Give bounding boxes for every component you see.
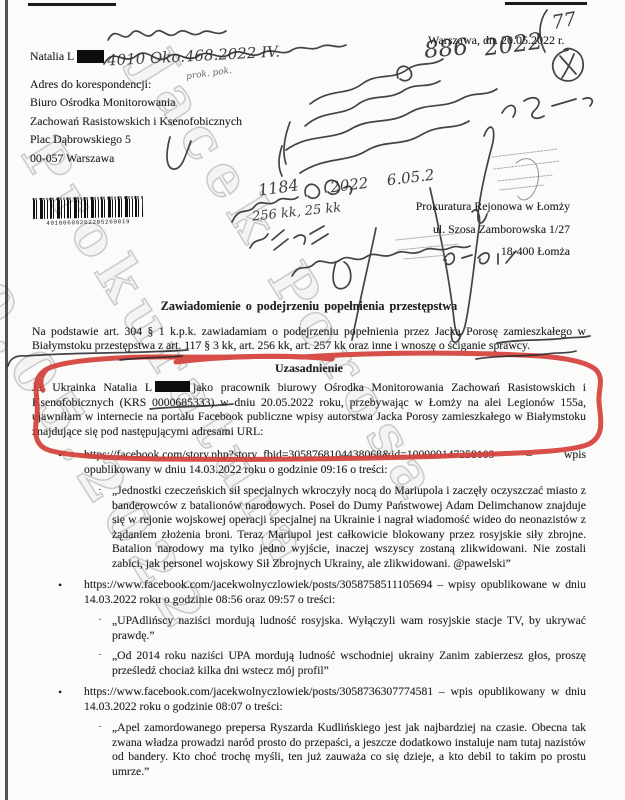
quote-text: „UPAdlińscy naziści mordują ludność rosy… <box>112 614 586 642</box>
scan-top-mark-right <box>505 2 587 5</box>
scribble-signature-loop <box>333 262 351 289</box>
bullet-item-2: • https://www.facebook.com/jacekwolnyczl… <box>32 578 586 678</box>
bullet2-quote-2: · „Od 2014 roku naziści UPA mordują ludn… <box>84 649 586 678</box>
sub-bullet-icon: · <box>98 613 102 628</box>
scribble-prb <box>502 98 592 119</box>
scribble-circled-mark <box>553 49 583 81</box>
handwritten-number-886: 886 <box>423 34 469 64</box>
bullet-icon: • <box>58 448 62 463</box>
bullet1-url-lead: https://facebook.com/story.php?story_fbi… <box>84 448 586 477</box>
justification-pre: Ja, Ukrainka Natalia L <box>32 381 152 394</box>
bullet-icon: • <box>58 685 62 700</box>
scan-left-edge <box>5 0 8 800</box>
document-title: Zawiadomienie o podejrzeniu popełnienia … <box>32 299 586 314</box>
quote-text: „Apel zamordowanego prepersa Ryszarda Ku… <box>112 721 586 778</box>
recipient-line3: 18-400 Łomża <box>416 244 570 267</box>
stamp-line <box>498 175 552 181</box>
stamp-line <box>500 185 544 190</box>
scribble-cluster <box>305 81 440 126</box>
bullet2-url-lead: https://www.facebook.com/jacekwolnyczlow… <box>84 578 586 607</box>
recipient-block: Prokuratura Rejonowa w Łomży ul. Szosa Z… <box>416 199 570 267</box>
barcode-bars <box>33 196 143 219</box>
sender-address-label: Adres do korespondencji: <box>30 77 242 96</box>
stamp-line <box>492 149 558 157</box>
stamp-signature <box>516 159 539 200</box>
scribble-cluster <box>310 59 443 104</box>
bullet-item-3: • https://www.facebook.com/jacekwolnyczl… <box>32 685 586 779</box>
bullet1-quote-1: · „Jednostki czeczeńskich sił specjalnyc… <box>84 484 586 571</box>
scribble-cluster <box>279 122 290 176</box>
recipient-line1: Prokuratura Rejonowa w Łomży <box>416 199 570 222</box>
handwritten-date-fragment: 2022 6.05.2 <box>329 166 435 197</box>
sender-org-line1: Biuro Ośrodka Monitorowania <box>30 95 242 114</box>
document-body: Zawiadomienie o podejrzeniu popełnienia … <box>32 299 586 786</box>
sub-bullet-icon: · <box>98 648 102 663</box>
redaction-box-inline <box>155 381 190 392</box>
sender-org-line2: Zachowań Rasistowskich i Ksenofobicznych <box>30 114 242 133</box>
sub-bullet-icon: · <box>98 483 102 498</box>
section-heading: Uzasadnienie <box>32 361 586 376</box>
scribble-cluster <box>397 66 411 80</box>
scribble-cluster <box>300 121 469 173</box>
quote-text: „Od 2014 roku naziści UPA mordują ludnoś… <box>112 649 586 677</box>
recipient-line2: ul. Szosa Zamborowska 1/27 <box>416 222 570 245</box>
justification-paragraph: Ja, Ukrainka Natalia Ljako pracownik biu… <box>32 380 586 439</box>
scanned-document-page: Jacek Porosa Prokuratura 19.05.2022 Wars… <box>0 0 625 800</box>
scan-top-mark-left <box>28 3 116 6</box>
bullet2-quote-1: · „UPAdlińscy naziści mordują ludność ro… <box>84 614 586 643</box>
sub-bullet-icon: · <box>98 720 102 735</box>
intro-paragraph: Na podstawie art. 304 § 1 k.p.k. zawiada… <box>32 325 586 354</box>
sender-street: Plac Dąbrowskiego 5 <box>30 132 242 151</box>
scribble-cluster <box>286 89 497 150</box>
sender-city: 00-057 Warszawa <box>30 151 242 170</box>
handwritten-number-1184: 1184 <box>257 175 300 199</box>
bullet3-quote-1: · „Apel zamordowanego prepersa Ryszarda … <box>84 721 586 779</box>
quote-text: „Jednostki czeczeńskich sił specjalnych … <box>112 484 586 570</box>
sender-name: Natalia L <box>30 49 74 64</box>
scribble-top-line1 <box>108 31 226 40</box>
handwritten-page-number: 77 <box>550 8 578 34</box>
handwritten-number-2022: 2022 <box>483 29 544 62</box>
barcode: 40100609202205260019 <box>33 196 144 227</box>
bullet3-url-lead: https://www.facebook.com/jacekwolnyczlow… <box>84 685 586 714</box>
bullet-icon: • <box>58 578 62 593</box>
stamp-line <box>494 161 560 169</box>
redaction-box <box>77 50 104 63</box>
bullet-item-1: • https://facebook.com/story.php?story_f… <box>32 448 586 571</box>
